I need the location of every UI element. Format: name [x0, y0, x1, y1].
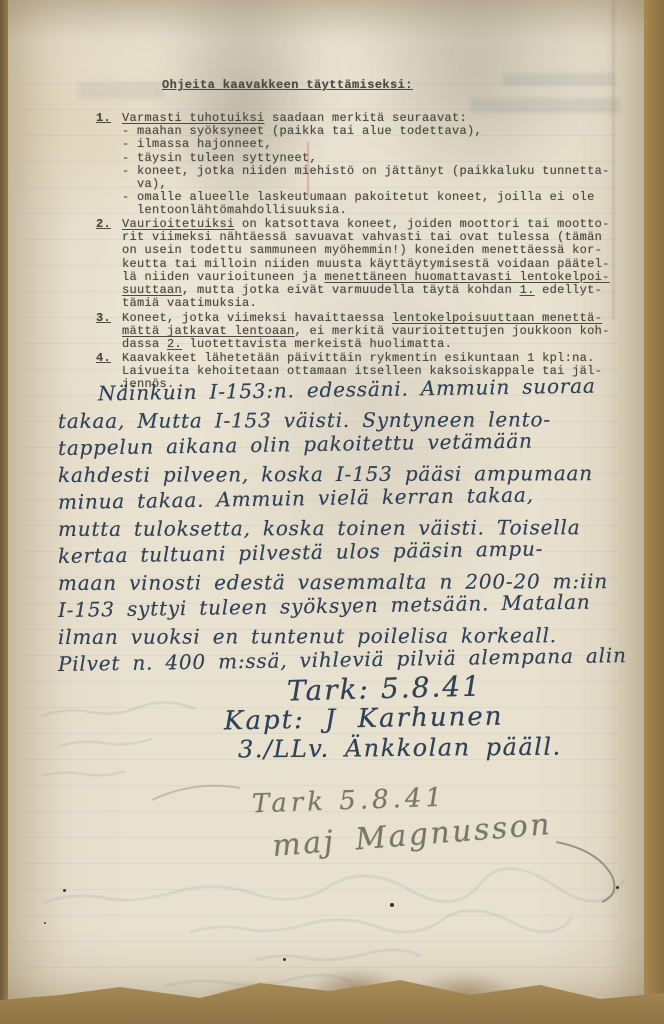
item-number: 2.: [96, 218, 111, 231]
item-text: Koneet, jotka viimeksi havaittaessa lent…: [122, 312, 610, 352]
handwritten-combat-report: Näinkuin I-153:n. edessäni. Ammuin suora…: [58, 381, 654, 678]
instruction-item-3: 3. Koneet, jotka viimeksi havaittaessa l…: [96, 312, 610, 352]
item-number: 1.: [96, 112, 111, 125]
paper-speck: [44, 922, 46, 924]
paper-crease: [612, 0, 615, 320]
item-text: Vaurioitetuiksi on katsottava koneet, jo…: [122, 218, 610, 310]
stamp-bleedthrough-smudge: [78, 82, 164, 99]
paper-speck: [63, 889, 66, 892]
instruction-item-1: 1. Varmasti tuhotuiksi saadaan merkitä s…: [96, 112, 610, 218]
document-title: Ohjeita kaavakkeen täyttämiseksi:: [162, 79, 413, 92]
item-number: 3.: [96, 312, 111, 325]
paper-speck: [283, 958, 286, 961]
item-text: Varmasti tuhotuiksi saadaan merkitä seur…: [122, 112, 610, 218]
paper-speck: [390, 903, 394, 907]
ink-unit-title: 3./LLv. Änkkolan pääll.: [238, 733, 562, 764]
typed-bleedthrough-smudge: [503, 73, 615, 86]
item-number: 4.: [96, 352, 111, 365]
scanned-document-photo: { "document": { "title": "Ohjeita kaavak…: [0, 0, 664, 1024]
ink-signature: Kapt: J Karhunen: [224, 702, 504, 737]
paper-speck: [616, 886, 619, 889]
instruction-item-2: 2. Vaurioitetuiksi on katsottava koneet,…: [96, 218, 610, 310]
typed-bleedthrough-smudge: [470, 98, 620, 113]
